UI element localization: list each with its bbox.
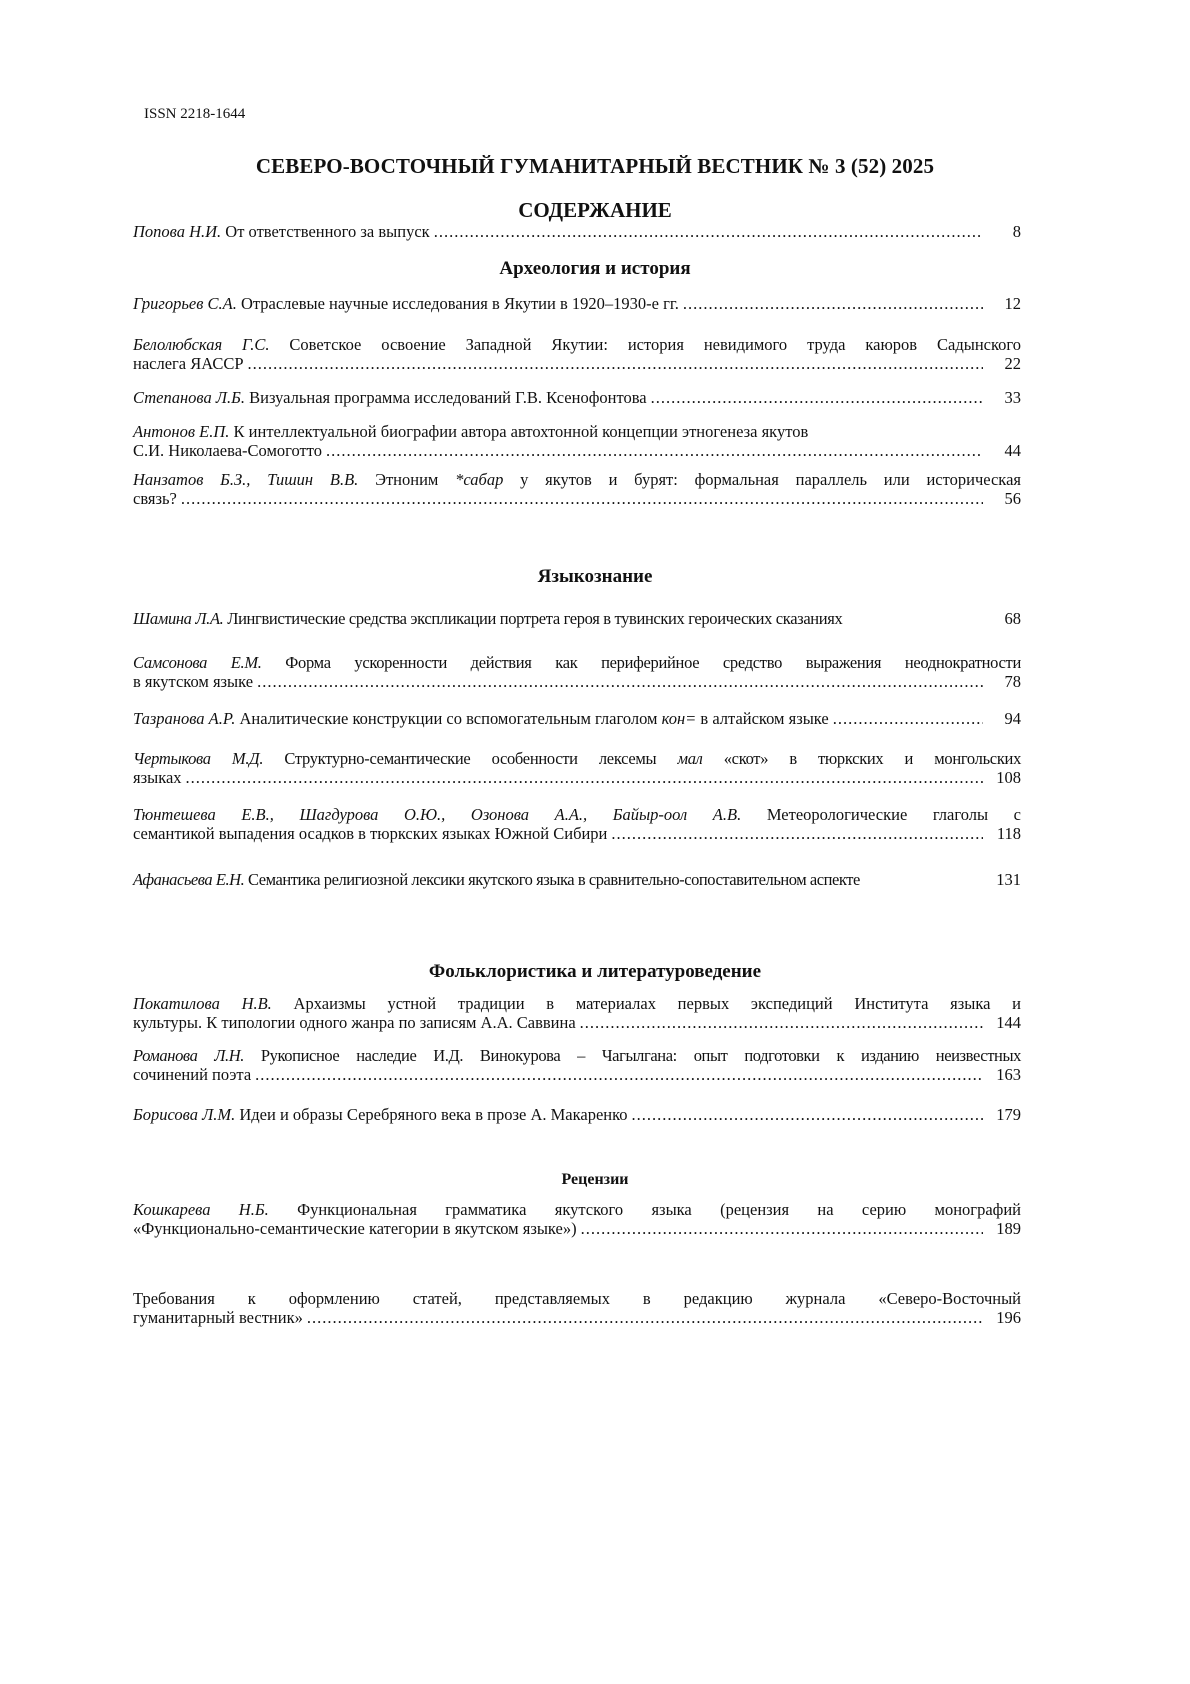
dot-leader (326, 441, 983, 460)
entry-page: 94 (995, 709, 1021, 728)
toc-entry[interactable]: Григорьев С.А. Отраслевые научные исслед… (133, 294, 1021, 313)
entry-page: 8 (995, 222, 1021, 241)
dot-leader (833, 709, 983, 728)
toc-entry[interactable]: Тюнтешева Е.В., Шагдурова О.Ю., Озонова … (133, 805, 1021, 843)
entry-title: С.И. Николаева-Сомоготто (133, 441, 322, 460)
toc-entry[interactable]: Шамина Л.А. Лингвистические средства экс… (133, 609, 1021, 628)
entry-title: Идеи и образы Серебряного века в прозе А… (239, 1105, 627, 1124)
entry-author: Афанасьева Е.Н. (133, 870, 244, 889)
toc-entry[interactable]: Кошкарева Н.Б. Функциональная грамматика… (133, 1200, 1021, 1238)
toc-entry[interactable]: Покатилова Н.В. Архаизмы устной традиции… (133, 994, 1021, 1032)
entry-title: Аналитические конструкции со вспомогател… (240, 709, 829, 728)
dot-leader (683, 294, 983, 313)
dot-leader (434, 222, 983, 241)
section-heading-folklore: Фольклористика и литературоведение (0, 961, 1190, 983)
entry-page: 163 (995, 1065, 1021, 1084)
toc-entry[interactable]: Белолюбская Г.С. Советское освоение Запа… (133, 335, 1021, 373)
entry-title: Визуальная программа исследований Г.В. К… (249, 388, 647, 407)
dot-leader (581, 1219, 983, 1238)
entry-author: Покатилова Н.В. (133, 994, 272, 1013)
entry-page: 189 (995, 1219, 1021, 1238)
entry-page: 196 (995, 1308, 1021, 1327)
dot-leader (257, 672, 983, 691)
entry-page: 118 (995, 824, 1021, 843)
toc-entry[interactable]: Чертыкова М.Д. Структурно-семантические … (133, 749, 1021, 787)
entry-author: Белолюбская Г.С. (133, 335, 269, 354)
entry-title-line1: Советское освоение Западной Якутии: исто… (289, 335, 1021, 354)
toc-entry[interactable]: Степанова Л.Б. Визуальная программа иссл… (133, 388, 1021, 407)
entry-page: 131 (995, 870, 1021, 889)
toc-entry[interactable]: Самсонова Е.М. Форма ускоренности действ… (133, 653, 1021, 691)
entry-author: Григорьев С.А. (133, 294, 237, 313)
entry-title: Лингвистические средства экспликации пор… (227, 609, 842, 628)
toc-entry[interactable]: Антонов Е.П. К интеллектуальной биографи… (133, 422, 1021, 460)
entry-author: Романова Л.Н. (133, 1046, 244, 1065)
entry-page: 68 (995, 609, 1021, 628)
entry-title: семантикой выпадения осадков в тюркских … (133, 824, 607, 843)
dot-leader (632, 1105, 983, 1124)
entry-title: наслега ЯАССР (133, 354, 244, 373)
entry-page: 144 (995, 1013, 1021, 1032)
entry-author: Борисова Л.М. (133, 1105, 235, 1124)
entry-author: Тюнтешева Е.В., Шагдурова О.Ю., Озонова … (133, 805, 741, 824)
toc-entry-author-guidelines[interactable]: Требования к оформлению статей, представ… (133, 1289, 1021, 1327)
entry-title-line1: Структурно-семантические особенности лек… (284, 749, 1021, 768)
entry-title: языках (133, 768, 182, 787)
entry-title-line1: Форма ускоренности действия как перифери… (285, 653, 1021, 672)
dot-leader (580, 1013, 983, 1032)
entry-author: Попова Н.И. (133, 222, 221, 241)
dot-leader (181, 489, 983, 508)
entry-title-line1: Метеорологические глаголы с (767, 805, 1021, 824)
dot-leader (611, 824, 983, 843)
entry-title: в якутском языке (133, 672, 253, 691)
toc-entry-intro[interactable]: Попова Н.И. От ответственного за выпуск … (133, 222, 1021, 241)
entry-title-line1: Функциональная грамматика якутского язык… (297, 1200, 1021, 1219)
entry-title-line1: Требования к оформлению статей, представ… (133, 1289, 1021, 1308)
entry-title-line1: Архаизмы устной традиции в материалах пе… (294, 994, 1021, 1013)
entry-author: Шамина Л.А. (133, 609, 223, 628)
entry-page: 78 (995, 672, 1021, 691)
toc-entry[interactable]: Нанзатов Б.З., Тишин В.В. Этноним *сабар… (133, 470, 1021, 508)
entry-author: Степанова Л.Б. (133, 388, 245, 407)
entry-title: связь? (133, 489, 177, 508)
entry-page: 33 (995, 388, 1021, 407)
entry-page: 179 (995, 1105, 1021, 1124)
issn: ISSN 2218-1644 (144, 106, 245, 123)
toc-entry[interactable]: Борисова Л.М. Идеи и образы Серебряного … (133, 1105, 1021, 1124)
toc-entry[interactable]: Тазранова А.Р. Аналитические конструкции… (133, 709, 1021, 728)
entry-author: Самсонова Е.М. (133, 653, 262, 672)
dot-leader (255, 1065, 983, 1084)
entry-title-line1: Рукописное наследие И.Д. Винокурова – Ча… (261, 1046, 1021, 1065)
entry-page: 12 (995, 294, 1021, 313)
section-heading-linguistics: Языкознание (0, 566, 1190, 588)
toc-entry[interactable]: Романова Л.Н. Рукописное наследие И.Д. В… (133, 1046, 1021, 1084)
toc-title: СОДЕРЖАНИЕ (0, 198, 1190, 223)
dot-leader (248, 354, 983, 373)
entry-title: гуманитарный вестник» (133, 1308, 303, 1327)
entry-title: «Функционально-семантические категории в… (133, 1219, 577, 1238)
entry-author: Нанзатов Б.З., Тишин В.В. (133, 470, 358, 489)
entry-page: 22 (995, 354, 1021, 373)
entry-title: От ответственного за выпуск (225, 222, 429, 241)
entry-title: сочинений поэта (133, 1065, 251, 1084)
entry-page: 56 (995, 489, 1021, 508)
entry-title-line1: К интеллектуальной биографии автора авто… (234, 422, 809, 441)
section-heading-archaeology: Археология и история (0, 258, 1190, 280)
dot-leader (651, 388, 983, 407)
entry-page: 44 (995, 441, 1021, 460)
dot-leader (307, 1308, 983, 1327)
entry-author: Чертыкова М.Д. (133, 749, 263, 768)
entry-title: культуры. К типологии одного жанра по за… (133, 1013, 576, 1032)
entry-title-line1: Этноним *сабар у якутов и бурят: формаль… (375, 470, 1021, 489)
entry-title: Отраслевые научные исследования в Якутии… (241, 294, 679, 313)
entry-author: Антонов Е.П. (133, 422, 229, 441)
section-heading-reviews: Рецензии (0, 1171, 1190, 1189)
entry-title: Семантика религиозной лексики якутского … (248, 870, 860, 889)
toc-entry[interactable]: Афанасьева Е.Н. Семантика религиозной ле… (133, 870, 1021, 889)
entry-author: Кошкарева Н.Б. (133, 1200, 269, 1219)
entry-author: Тазранова А.Р. (133, 709, 235, 728)
dot-leader (186, 768, 983, 787)
journal-title: СЕВЕРО-ВОСТОЧНЫЙ ГУМАНИТАРНЫЙ ВЕСТНИК № … (0, 154, 1190, 179)
entry-page: 108 (995, 768, 1021, 787)
